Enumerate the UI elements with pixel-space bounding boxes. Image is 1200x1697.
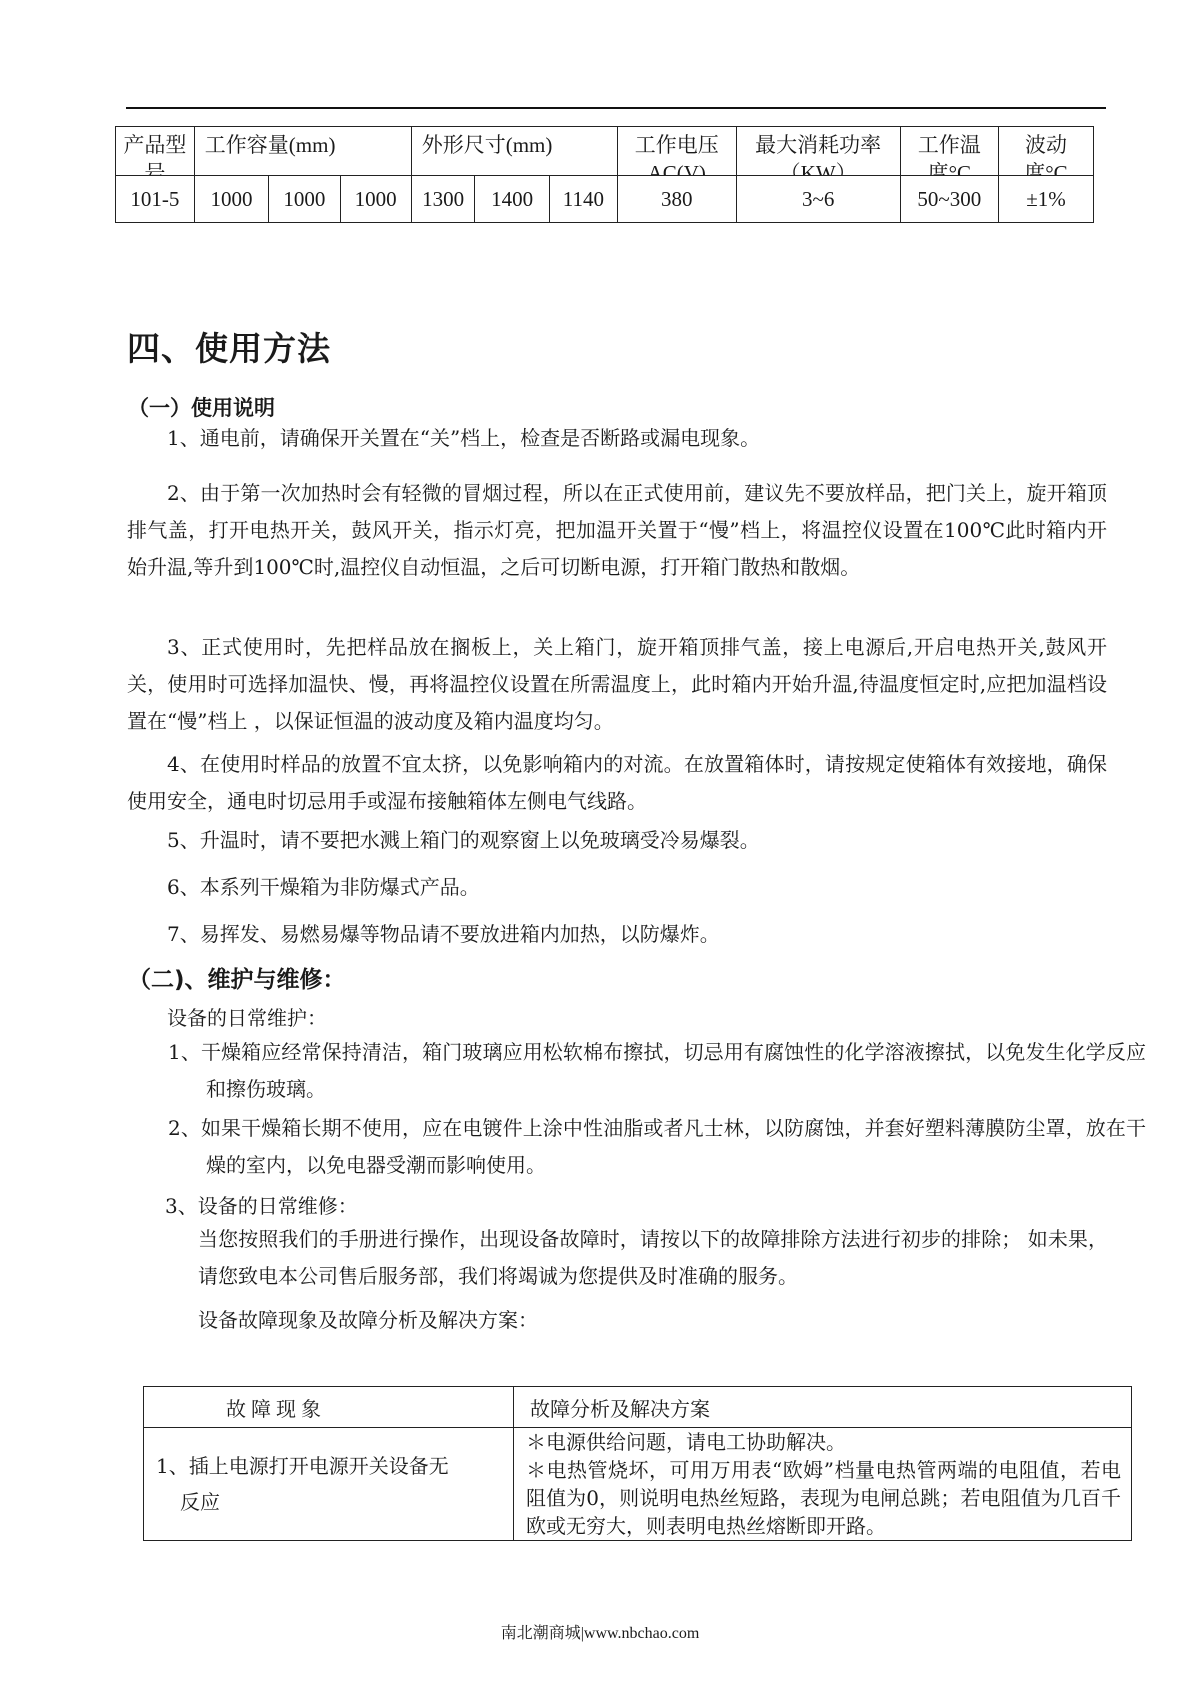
spec-cell-capacity: 1000 — [340, 176, 411, 223]
fault-intro: 设备故障现象及故障分析及解决方案： — [198, 1304, 538, 1333]
usage-item-4: 4、在使用时样品的放置不宜太挤，以免影响箱内的对流。在放置箱体时，请按规定使箱体… — [127, 746, 1107, 820]
usage-item-6: 6、本系列干燥箱为非防爆式产品。 — [127, 869, 1107, 906]
spec-cell-fluctuation: ±1% — [998, 176, 1093, 223]
page-footer: 南北潮商城|www.nbchao.com — [0, 1620, 1200, 1643]
fault-solution-item: ＊电热管烧坏，可用万用表“欧姆”档量电热管两端的电阻值，若电阻值为0，则说明电热… — [526, 1456, 1121, 1540]
subsection-title-maintenance: （二)、维护与维修： — [128, 961, 346, 994]
usage-item-3: 3、正式使用时，先把样品放在搁板上，关上箱门，旋开箱顶排气盖，接上电源后,开启电… — [127, 629, 1107, 740]
spec-data-row: 101-5 1000 1000 1000 1300 1400 1140 380 … — [116, 176, 1094, 223]
spec-cell-model: 101-5 — [116, 176, 195, 223]
header-rule — [126, 107, 1106, 109]
spec-cell-capacity: 1000 — [194, 176, 268, 223]
maintenance-item-2: 2、如果干燥箱长期不使用，应在电镀件上涂中性油脂或者凡士林，以防腐蚀，并套好塑料… — [168, 1110, 1146, 1184]
spec-cell-dimension: 1140 — [549, 176, 617, 223]
fault-symptom-line: 1、插上电源打开电源开关设备无 — [156, 1448, 503, 1484]
fault-header-row: 故障现象 故障分析及解决方案 — [144, 1387, 1132, 1428]
usage-item-7: 7、易挥发、易燃易爆等物品请不要放进箱内加热，以防爆炸。 — [127, 916, 1107, 953]
footer-text: 南北潮商城|www.nbchao.com — [501, 1625, 700, 1642]
fault-solution-item: ＊电源供给问题，请电工协助解决。 — [526, 1428, 1121, 1456]
daily-maintenance-label: 设备的日常维护： — [167, 1002, 327, 1031]
fault-symptom: 1、插上电源打开电源开关设备无 反应 — [144, 1428, 514, 1541]
fault-header-solution: 故障分析及解决方案 — [514, 1387, 1132, 1428]
usage-item-1: 1、通电前，请确保开关置在“关”档上，检查是否断路或漏电现象。 — [127, 420, 1107, 457]
fault-table: 故障现象 故障分析及解决方案 1、插上电源打开电源开关设备无 反应 ＊电源供给问… — [143, 1386, 1132, 1541]
spec-header-capacity: 工作容量(mm) — [194, 127, 411, 176]
spec-cell-temperature: 50~300 — [900, 176, 998, 223]
spec-cell-power: 3~6 — [736, 176, 900, 223]
usage-item-5: 5、升温时，请不要把水溅上箱门的观察窗上以免玻璃受冷易爆裂。 — [127, 822, 1107, 859]
repair-text: 当您按照我们的手册进行操作，出现设备故障时，请按以下的故障排除方法进行初步的排除… — [198, 1221, 1108, 1295]
section-title: 四、使用方法 — [127, 323, 331, 370]
spec-header-fluctuation: 波动度°C — [998, 127, 1093, 176]
repair-label: 3、设备的日常维修： — [165, 1190, 358, 1219]
fault-symptom-line: 反应 — [156, 1484, 503, 1520]
usage-item-2: 2、由于第一次加热时会有轻微的冒烟过程，所以在正式使用前，建议先不要放样品，把门… — [127, 475, 1107, 586]
spec-header-model: 产品型号 — [116, 127, 195, 176]
subsection-title-usage: （一）使用说明 — [128, 392, 275, 422]
spec-cell-voltage: 380 — [617, 176, 736, 223]
spec-header-dimensions: 外形尺寸(mm) — [411, 127, 617, 176]
spec-cell-dimension: 1400 — [475, 176, 549, 223]
fault-header-symptom: 故障现象 — [144, 1387, 514, 1428]
fault-solution: ＊电源供给问题，请电工协助解决。 ＊电热管烧坏，可用万用表“欧姆”档量电热管两端… — [514, 1428, 1132, 1541]
spec-table: 产品型号 工作容量(mm) 外形尺寸(mm) 工作电压AC(V) 最大消耗功率（… — [115, 126, 1094, 223]
spec-header-voltage: 工作电压AC(V) — [617, 127, 736, 176]
fault-row: 1、插上电源打开电源开关设备无 反应 ＊电源供给问题，请电工协助解决。 ＊电热管… — [144, 1428, 1132, 1541]
maintenance-item-1: 1、干燥箱应经常保持清洁，箱门玻璃应用松软棉布擦拭，切忌用有腐蚀性的化学溶液擦拭… — [168, 1034, 1146, 1108]
spec-header-temperature: 工作温度°C — [900, 127, 998, 176]
spec-cell-capacity: 1000 — [269, 176, 340, 223]
spec-cell-dimension: 1300 — [411, 176, 475, 223]
spec-header-power: 最大消耗功率（KW） — [736, 127, 900, 176]
spec-header-row: 产品型号 工作容量(mm) 外形尺寸(mm) 工作电压AC(V) 最大消耗功率（… — [116, 127, 1094, 176]
